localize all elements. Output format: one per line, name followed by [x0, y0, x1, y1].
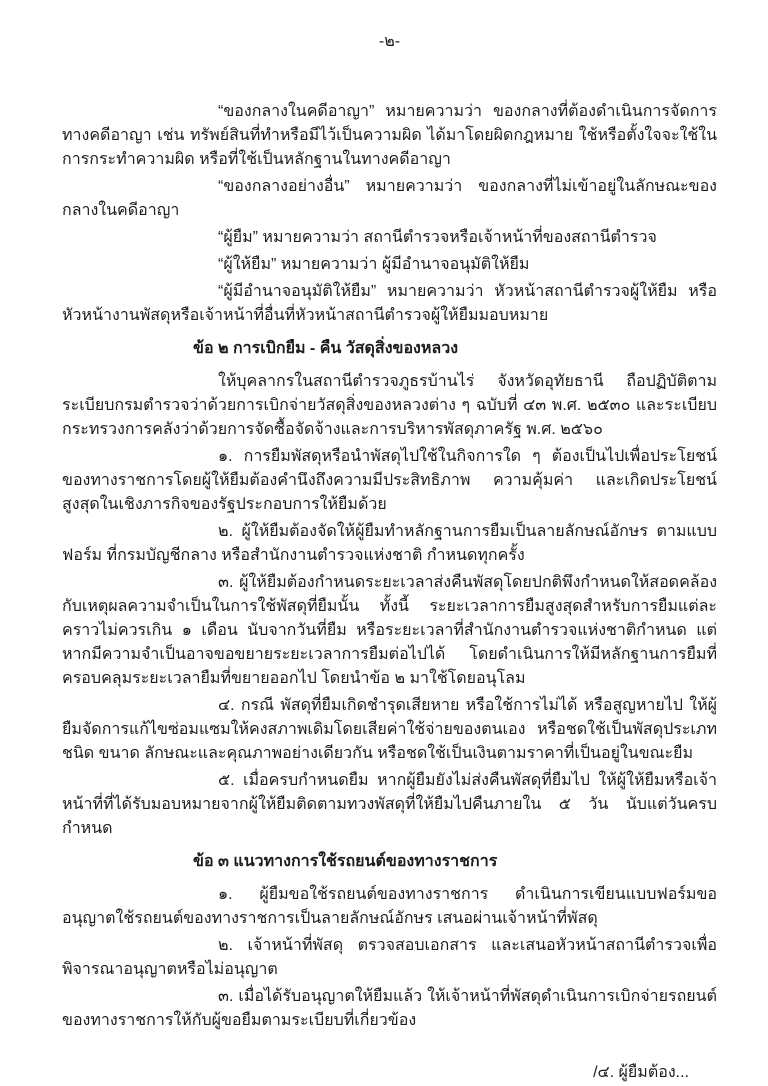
definition-paragraph-lender: “ผู้ให้ยืม” หมายความว่า ผู้มีอำนาจอนุมัต… [62, 253, 717, 277]
clause-2-intro-paragraph: ให้บุคลากรในสถานีตำรวจภูธรบ้านไร่ จังหวั… [62, 370, 717, 442]
definition-paragraph-approver: “ผู้มีอำนาจอนุมัติให้ยืม” หมายความว่า หั… [62, 280, 717, 328]
section-heading-clause-3: ข้อ ๓ แนวทางการใช้รถยนต์ของทางราชการ [193, 850, 717, 874]
definition-paragraph-borrower: “ผู้ยืม” หมายความว่า สถานีตำรวจหรือเจ้าห… [62, 226, 717, 250]
document-page: -๒- “ของกลางในคดีอาญา” หมายความว่า ของกล… [0, 0, 768, 1086]
clause-2-item-2: ๒. ผู้ให้ยืมต้องจัดให้ผู้ยืมทำหลักฐานการ… [62, 520, 717, 568]
page-number: -๒- [62, 30, 717, 54]
clause-3-item-2: ๒. เจ้าหน้าที่พัสดุ ตรวจสอบเอกสาร และเสน… [62, 934, 717, 982]
section-heading-clause-2: ข้อ ๒ การเบิกยืม - คืน วัสดุสิ่งของหลวง [193, 337, 717, 361]
clause-2-item-3: ๓. ผู้ให้ยืมต้องกำหนดระยะเวลาส่งคืนพัสดุ… [62, 571, 717, 691]
clause-3-item-1: ๑. ผู้ยืมขอใช้รถยนต์ของทางราชการ ดำเนินก… [62, 883, 717, 931]
clause-3-item-3: ๓. เมื่อได้รับอนุญาตให้ยืมแล้ว ให้เจ้าหน… [62, 985, 717, 1033]
continuation-note: /๔. ผู้ยืมต้อง... [62, 1061, 689, 1085]
definition-paragraph-criminal-exhibit: “ของกลางในคดีอาญา” หมายความว่า ของกลางที… [62, 100, 717, 172]
document-body: “ของกลางในคดีอาญา” หมายความว่า ของกลางที… [62, 100, 717, 1033]
definition-paragraph-other-exhibit: “ของกลางอย่างอื่น” หมายความว่า ของกลางที… [62, 175, 717, 223]
clause-2-item-4: ๔. กรณี พัสดุที่ยืมเกิดชำรุดเสียหาย หรือ… [62, 694, 717, 766]
clause-2-item-5: ๕. เมื่อครบกำหนดยืม หากผู้ยืมยังไม่ส่งคื… [62, 769, 717, 841]
clause-2-item-1: ๑. การยืมพัสดุหรือนำพัสดุไปใช้ในกิจการใด… [62, 445, 717, 517]
